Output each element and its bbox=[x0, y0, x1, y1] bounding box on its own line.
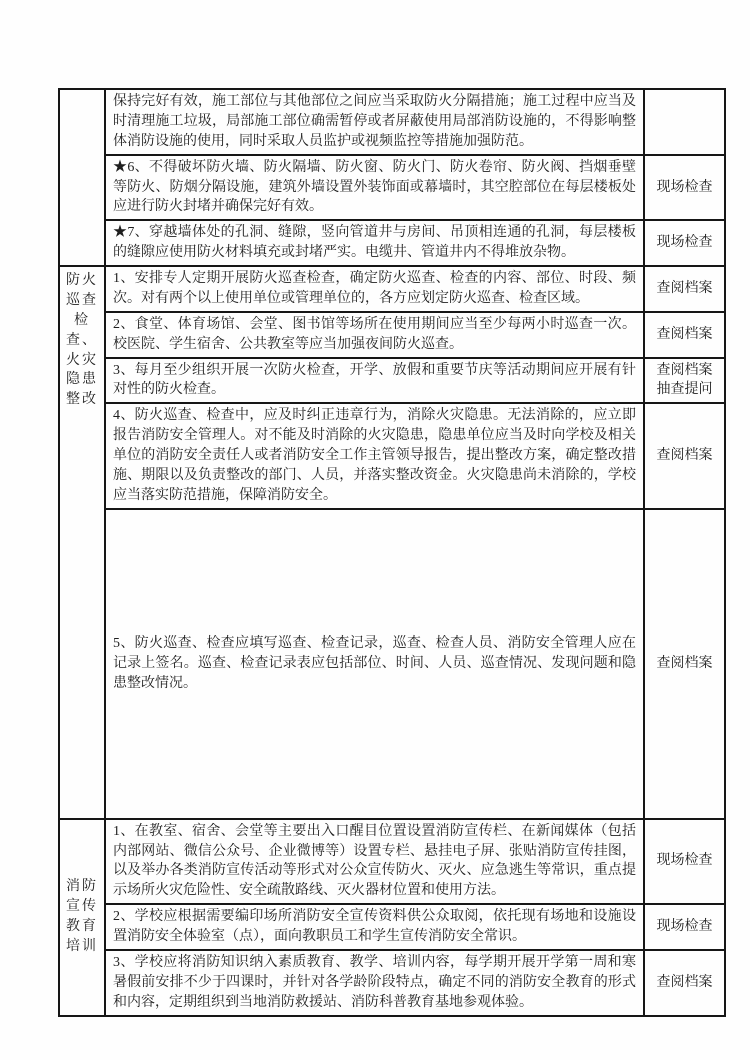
table-row: 防火 巡查 检 查、 火灾 隐患 整改 1、安排专人定期开展防火巡查检查，确定防… bbox=[59, 266, 725, 312]
requirement-cell: 1、安排专人定期开展防火巡查检查，确定防火巡查、检查的内容、部位、时段、频次。对… bbox=[105, 266, 644, 312]
table-row: 4、防火巡查、检查中，应及时纠正违章行为，消除火灾隐患。无法消除的，应立即报告消… bbox=[59, 403, 725, 508]
method-cell: 现场检查 bbox=[644, 155, 725, 221]
fire-safety-inspection-table: 保持完好有效，施工部位与其他部位之间应当采取防火分隔措施；施工过程中应当及时清理… bbox=[58, 88, 726, 1017]
method-cell: 查阅档案 bbox=[644, 266, 725, 312]
method-cell: 查阅档案 bbox=[644, 403, 725, 508]
requirement-cell: ★6、不得破坏防火墙、防火隔墙、防火窗、防火门、防火卷帘、防火阀、挡烟垂壁等防火… bbox=[105, 155, 644, 221]
method-cell: 查阅档案 bbox=[644, 312, 725, 358]
table-row: 5、防火巡查、检查应填写巡查、检查记录，巡查、检查人员、消防安全管理人应在记录上… bbox=[59, 509, 725, 819]
method-cell: 现场检查 bbox=[644, 904, 725, 950]
requirement-cell: 4、防火巡查、检查中，应及时纠正违章行为，消除火灾隐患。无法消除的，应立即报告消… bbox=[105, 403, 644, 508]
document-page: 保持完好有效，施工部位与其他部位之间应当采取防火分隔措施；施工过程中应当及时清理… bbox=[0, 0, 750, 1060]
requirement-cell: 2、食堂、体育场馆、会堂、图书馆等场所在使用期间应当至少每两小时巡查一次。校医院… bbox=[105, 312, 644, 358]
table-row: 保持完好有效，施工部位与其他部位之间应当采取防火分隔措施；施工过程中应当及时清理… bbox=[59, 89, 725, 155]
table-row: 2、学校应根据需要编印场所消防安全宣传资料供公众取阅，依托现有场地和设施设置消防… bbox=[59, 904, 725, 950]
requirement-cell: 1、在教室、宿舍、会堂等主要出入口醒目位置设置消防宣传栏、在新闻媒体（包括内部网… bbox=[105, 819, 644, 905]
method-cell: 查阅档案 bbox=[644, 950, 725, 1016]
requirement-cell: 3、每月至少组织开展一次防火检查，开学、放假和重要节庆等活动期间应开展有针对性的… bbox=[105, 358, 644, 404]
table-row: 3、每月至少组织开展一次防火检查，开学、放假和重要节庆等活动期间应开展有针对性的… bbox=[59, 358, 725, 404]
category-cell-empty bbox=[59, 89, 105, 266]
table-row: 3、学校应将消防知识纳入素质教育、教学、培训内容，每学期开展开学第一周和寒暑假前… bbox=[59, 950, 725, 1016]
method-cell: 查阅档案 bbox=[644, 509, 725, 819]
requirement-cell: 2、学校应根据需要编印场所消防安全宣传资料供公众取阅，依托现有场地和设施设置消防… bbox=[105, 904, 644, 950]
table-row: ★7、穿越墙体处的孔洞、缝隙，竖向管道井与房间、吊顶相连通的孔洞，每层楼板的缝隙… bbox=[59, 220, 725, 266]
category-cell-fire-patrol: 防火 巡查 检 查、 火灾 隐患 整改 bbox=[59, 266, 105, 819]
requirement-cell: 3、学校应将消防知识纳入素质教育、教学、培训内容，每学期开展开学第一周和寒暑假前… bbox=[105, 950, 644, 1016]
requirement-cell: ★7、穿越墙体处的孔洞、缝隙，竖向管道井与房间、吊顶相连通的孔洞，每层楼板的缝隙… bbox=[105, 220, 644, 266]
method-cell: 查阅档案 抽查提问 bbox=[644, 358, 725, 404]
method-cell: 现场检查 bbox=[644, 819, 725, 905]
requirement-cell: 5、防火巡查、检查应填写巡查、检查记录，巡查、检查人员、消防安全管理人应在记录上… bbox=[105, 509, 644, 819]
category-cell-fire-education: 消防 宣传 教育 培训 bbox=[59, 819, 105, 1016]
table-row: 2、食堂、体育场馆、会堂、图书馆等场所在使用期间应当至少每两小时巡查一次。校医院… bbox=[59, 312, 725, 358]
table-row: 消防 宣传 教育 培训 1、在教室、宿舍、会堂等主要出入口醒目位置设置消防宣传栏… bbox=[59, 819, 725, 905]
method-cell: 现场检查 bbox=[644, 220, 725, 266]
requirement-cell: 保持完好有效，施工部位与其他部位之间应当采取防火分隔措施；施工过程中应当及时清理… bbox=[105, 89, 644, 155]
method-cell bbox=[644, 89, 725, 155]
table-row: ★6、不得破坏防火墙、防火隔墙、防火窗、防火门、防火卷帘、防火阀、挡烟垂壁等防火… bbox=[59, 155, 725, 221]
